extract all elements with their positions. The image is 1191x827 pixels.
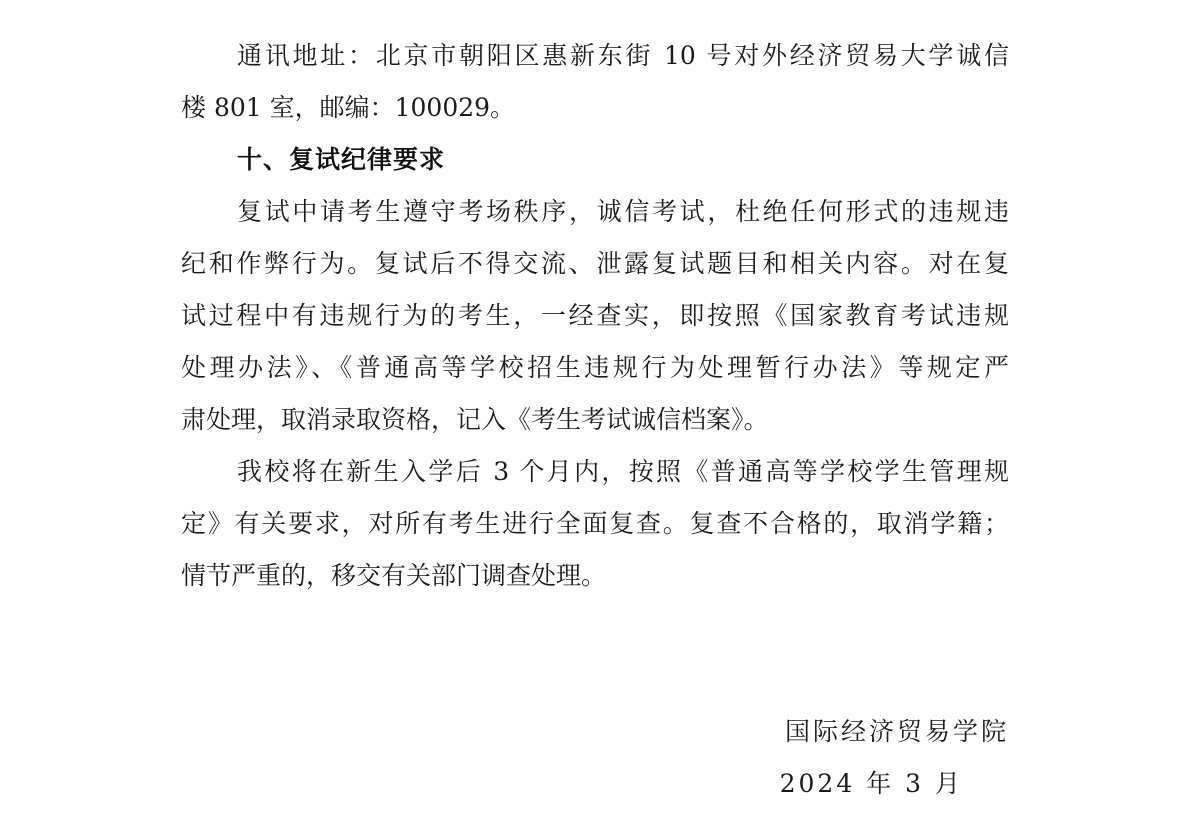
review-line-1: 我校将在新生入学后 3 个月内，按照《普通高等学校学生管理规 xyxy=(237,456,1009,488)
signature-organization: 国际经济贸易学院 xyxy=(785,716,1009,748)
review-line-3: 情节严重的，移交有关部门调查处理。 xyxy=(181,560,1009,592)
signature-date: 2024 年 3 月 xyxy=(780,768,963,800)
discipline-line-2: 纪和作弊行为。复试后不得交流、泄露复试题目和相关内容。对在复 xyxy=(181,248,1009,280)
discipline-line-3: 试过程中有违规行为的考生，一经查实，即按照《国家教育考试违规 xyxy=(181,300,1009,332)
document-page: 通讯地址：北京市朝阳区惠新东街 10 号对外经济贸易大学诚信 楼 801 室，邮… xyxy=(0,0,1191,827)
section-heading: 十、复试纪律要求 xyxy=(237,144,445,176)
discipline-line-5: 肃处理，取消录取资格，记入《考生考试诚信档案》。 xyxy=(181,404,1009,436)
discipline-line-4: 处理办法》、《普通高等学校招生违规行为处理暂行办法》等规定严 xyxy=(181,352,1009,384)
review-line-2: 定》有关要求，对所有考生进行全面复查。复查不合格的，取消学籍； xyxy=(181,508,1009,540)
discipline-line-1: 复试中请考生遵守考场秩序，诚信考试，杜绝任何形式的违规违 xyxy=(237,196,1009,228)
address-line-1: 通讯地址：北京市朝阳区惠新东街 10 号对外经济贸易大学诚信 xyxy=(237,40,1009,72)
address-line-2: 楼 801 室，邮编：100029。 xyxy=(181,92,1009,124)
